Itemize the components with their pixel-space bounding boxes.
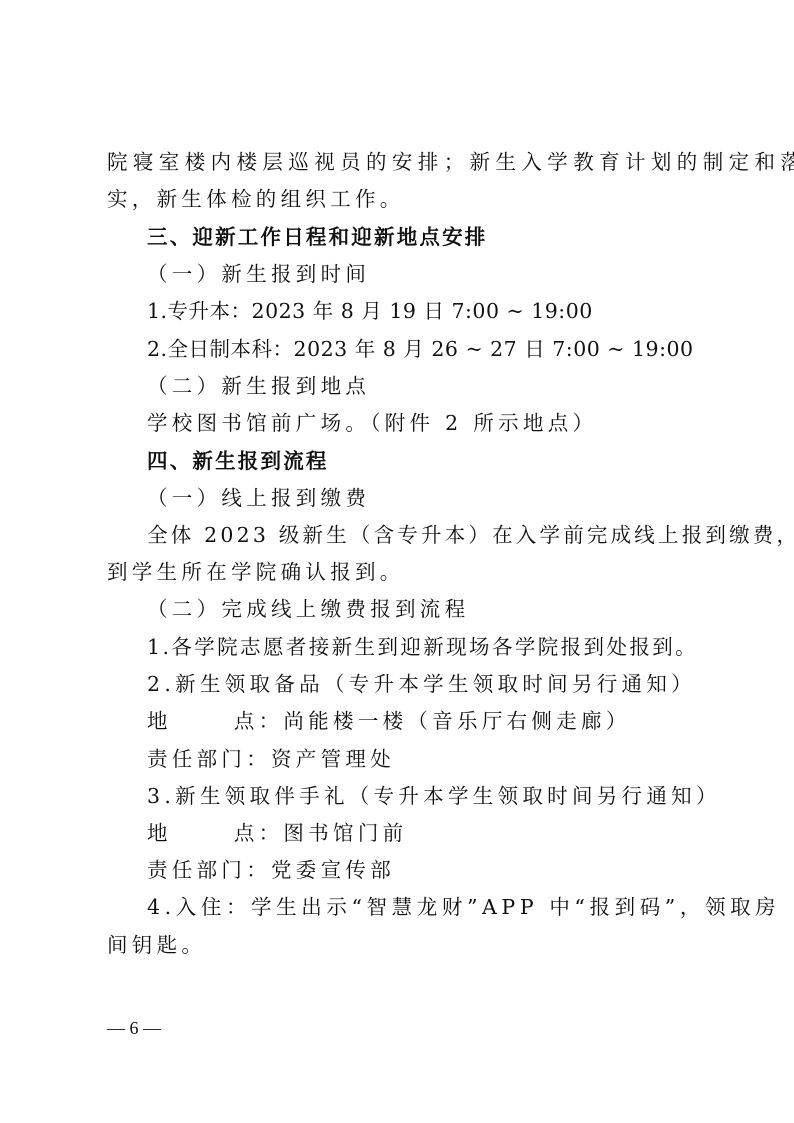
body-paragraph-line: 院寝室楼内楼层巡视员的安排；新生入学教育计划的制定和落 bbox=[107, 148, 697, 176]
location-label-b: 点： bbox=[234, 709, 284, 733]
subsection-heading: （二）新生报到地点 bbox=[147, 372, 737, 400]
subsection-heading: （一）线上报到缴费 bbox=[147, 484, 737, 512]
list-item: 2.新生领取备品（专升本学生领取时间另行通知） bbox=[147, 670, 737, 698]
location-value: 尚能楼一楼（音乐厅右侧走廊） bbox=[283, 709, 630, 733]
department-row: 责任部门：资产管理处 bbox=[147, 745, 737, 773]
section-heading-4: 四、新生报到流程 bbox=[147, 447, 737, 475]
location-value: 图书馆门前 bbox=[283, 821, 407, 845]
location-row: 地点：尚能楼一楼（音乐厅右侧走廊） bbox=[147, 707, 737, 735]
subsection-heading: （二）完成线上缴费报到流程 bbox=[147, 595, 737, 623]
section-heading-3: 三、迎新工作日程和迎新地点安排 bbox=[147, 223, 737, 251]
body-paragraph-line: 全体 2023 级新生（含专升本）在入学前完成线上报到缴费， bbox=[147, 521, 737, 549]
list-item-time: 2.全日制本科：2023 年 8 月 26 ~ 27 日 7:00 ~ 19:0… bbox=[147, 335, 737, 363]
department-row: 责任部门：党委宣传部 bbox=[147, 856, 737, 884]
location-row: 地点：图书馆门前 bbox=[147, 819, 737, 847]
body-paragraph-line: 间钥匙。 bbox=[107, 931, 697, 959]
list-item: 1.各学院志愿者接新生到迎新现场各学院报到处报到。 bbox=[147, 633, 737, 661]
location-label-a: 地 bbox=[147, 821, 172, 845]
document-page: 院寝室楼内楼层巡视员的安排；新生入学教育计划的制定和落 实，新生体检的组织工作。… bbox=[0, 0, 794, 1123]
body-paragraph-line: 到学生所在学院确认报到。 bbox=[107, 558, 697, 586]
location-label-b: 点： bbox=[234, 821, 284, 845]
location-label-a: 地 bbox=[147, 709, 172, 733]
list-item: 4.入住：学生出示“智慧龙财”APP 中“报到码”，领取房 bbox=[147, 893, 737, 921]
list-item-time: 1.专升本：2023 年 8 月 19 日 7:00 ~ 19:00 bbox=[147, 297, 737, 325]
page-number: — 6 — bbox=[107, 1018, 161, 1039]
list-item: 3.新生领取伴手礼（专升本学生领取时间另行通知） bbox=[147, 782, 737, 810]
subsection-heading: （一）新生报到时间 bbox=[147, 260, 737, 288]
location-text: 学校图书馆前广场。（附件 2 所示地点） bbox=[147, 409, 737, 437]
body-paragraph-line: 实，新生体检的组织工作。 bbox=[107, 185, 697, 213]
